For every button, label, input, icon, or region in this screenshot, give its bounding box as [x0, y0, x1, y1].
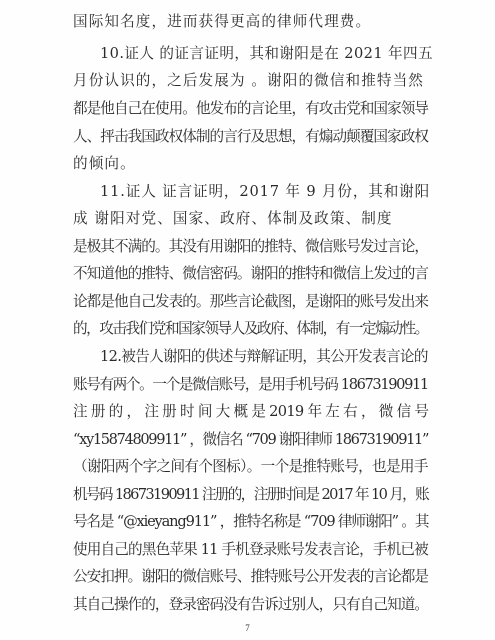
text-line: 机号码 18673190911 注册的，注册时间是 2017 年 10 月，账 [73, 486, 428, 504]
text-line: 人、抨击我国政权体制的言行及思想，有煽动颠覆国家政权 [73, 128, 428, 146]
text-line: 其自己操作的，登录密码没有告诉过别人，只有自己知道。 [73, 596, 428, 614]
text-line: 账号有两个。一个是微信账号，是用手机号码 18673190911 [73, 376, 428, 394]
paragraph-11-start: 11.证人 证言证明，2017 年 9 月份，其和谢阳 [100, 183, 428, 201]
paragraph-12-start: 12.被告人谢阳的供述与辩解证明，其公开发表言论的 [100, 348, 428, 366]
text-line: 论都是他自己发表的。那些言论截图，是谢阳的账号发出来 [73, 293, 428, 311]
text-line: 是极其不满的。其没有用谢阳的推特、微信账号发过言论， [73, 238, 428, 256]
text-line: 号名是 “@xieyang911” ，推特名称是 “709 律师谢阳” 。其 [73, 513, 428, 531]
text-line: 都是他自己在使用。他发布的言论里，有攻击党和国家领导 [73, 100, 428, 118]
text-line: 的倾向。 [73, 155, 428, 173]
text-line: “xy15874809911” ，微信名 “709 谢阳律师 186731909… [73, 431, 428, 449]
page-number: 7 [0, 623, 495, 633]
document-page: 国际知名度，进而获得更高的律师代理费。 10.证人 的证言证明，其和谢阳是在 2… [0, 0, 495, 640]
text-line: 使用自己的黑色苹果 11 手机登录账号发表言论，手机已被 [73, 541, 428, 559]
paragraph-10-start: 10.证人 的证言证明，其和谢阳是在 2021 年四五 [100, 45, 428, 63]
text-line: 成 谢阳对党、国家、政府、体制及政策、制度 [73, 210, 428, 228]
text-line: 国际知名度，进而获得更高的律师代理费。 [73, 13, 428, 31]
text-line: 的，攻击我们党和国家领导人及政府、体制，有一定煽动性。 [73, 320, 428, 338]
text-line: 注 册 的 ， 注 册 时 间 大 概 是 2019 年 左 右 ， 微 信 号 [73, 403, 428, 421]
text-line: 公安扣押。谢阳的微信账号、推特账号公开发表的言论都是 [73, 568, 428, 586]
text-line: 月份认识的，之后发展为 。谢阳的微信和推特当然 [73, 72, 428, 90]
text-line: 不知道他的推特、微信密码。谢阳的推特和微信上发过的言 [73, 265, 428, 283]
text-line: （谢阳两个字之间有个图标）。一个是推特账号，也是用手 [73, 458, 428, 476]
